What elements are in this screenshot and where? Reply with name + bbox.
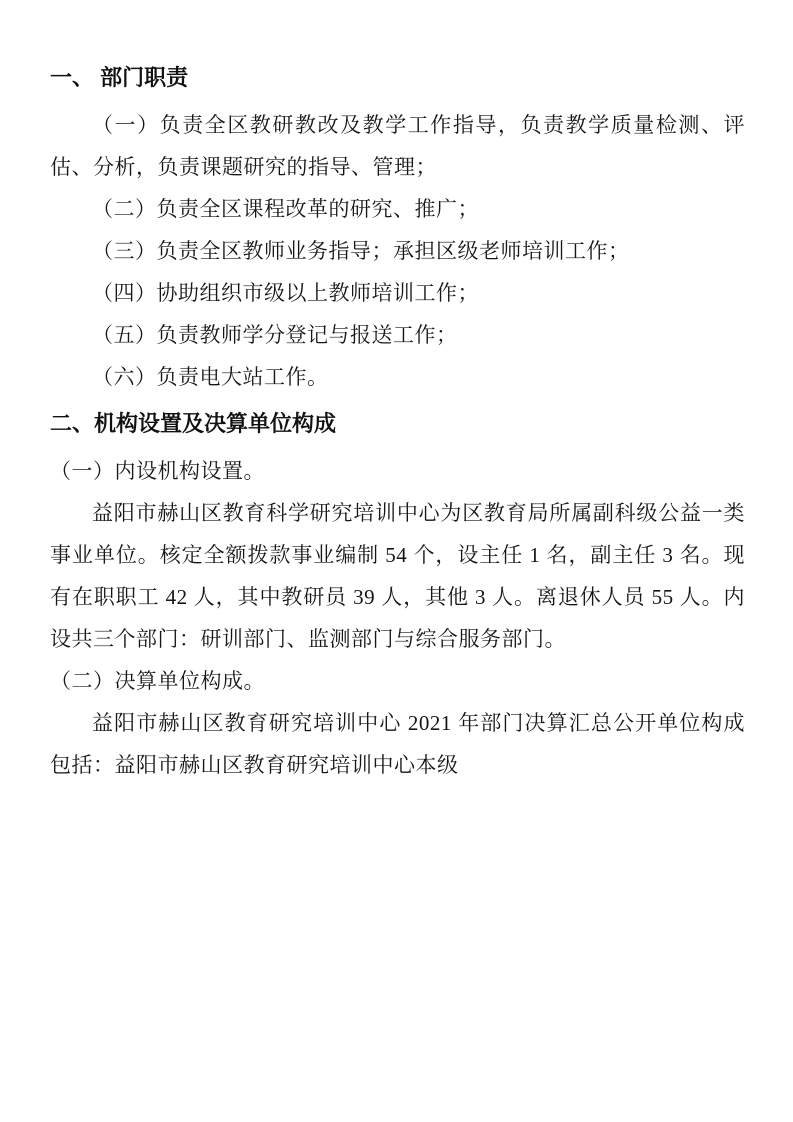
duty-item-5: （五）负责教师学分登记与报送工作； bbox=[50, 314, 745, 356]
budget-unit-paragraph: 益阳市赫山区教育研究培训中心 2021 年部门决算汇总公开单位构成包括：益阳市赫… bbox=[50, 702, 745, 786]
duty-item-4: （四）协助组织市级以上教师培训工作； bbox=[50, 272, 745, 314]
section-1-heading: 一、 部门职责 bbox=[50, 57, 745, 99]
duty-item-1: （一）负责全区教研教改及教学工作指导，负责教学质量检测、评估、分析，负责课题研究… bbox=[50, 104, 745, 188]
section-2-heading: 二、机构设置及决算单位构成 bbox=[50, 403, 745, 445]
document-page: 一、 部门职责 （一）负责全区教研教改及教学工作指导，负责教学质量检测、评估、分… bbox=[0, 0, 793, 1122]
internal-structure-paragraph: 益阳市赫山区教育科学研究培训中心为区教育局所属副科级公益一类事业单位。核定全额拨… bbox=[50, 492, 745, 660]
subsection-1-heading: （一）内设机构设置。 bbox=[50, 450, 745, 492]
duty-item-6: （六）负责电大站工作。 bbox=[50, 356, 745, 398]
duty-item-3: （三）负责全区教师业务指导；承担区级老师培训工作； bbox=[50, 230, 745, 272]
subsection-2-heading: （二）决算单位构成。 bbox=[50, 660, 745, 702]
duty-item-2: （二）负责全区课程改革的研究、推广； bbox=[50, 188, 745, 230]
